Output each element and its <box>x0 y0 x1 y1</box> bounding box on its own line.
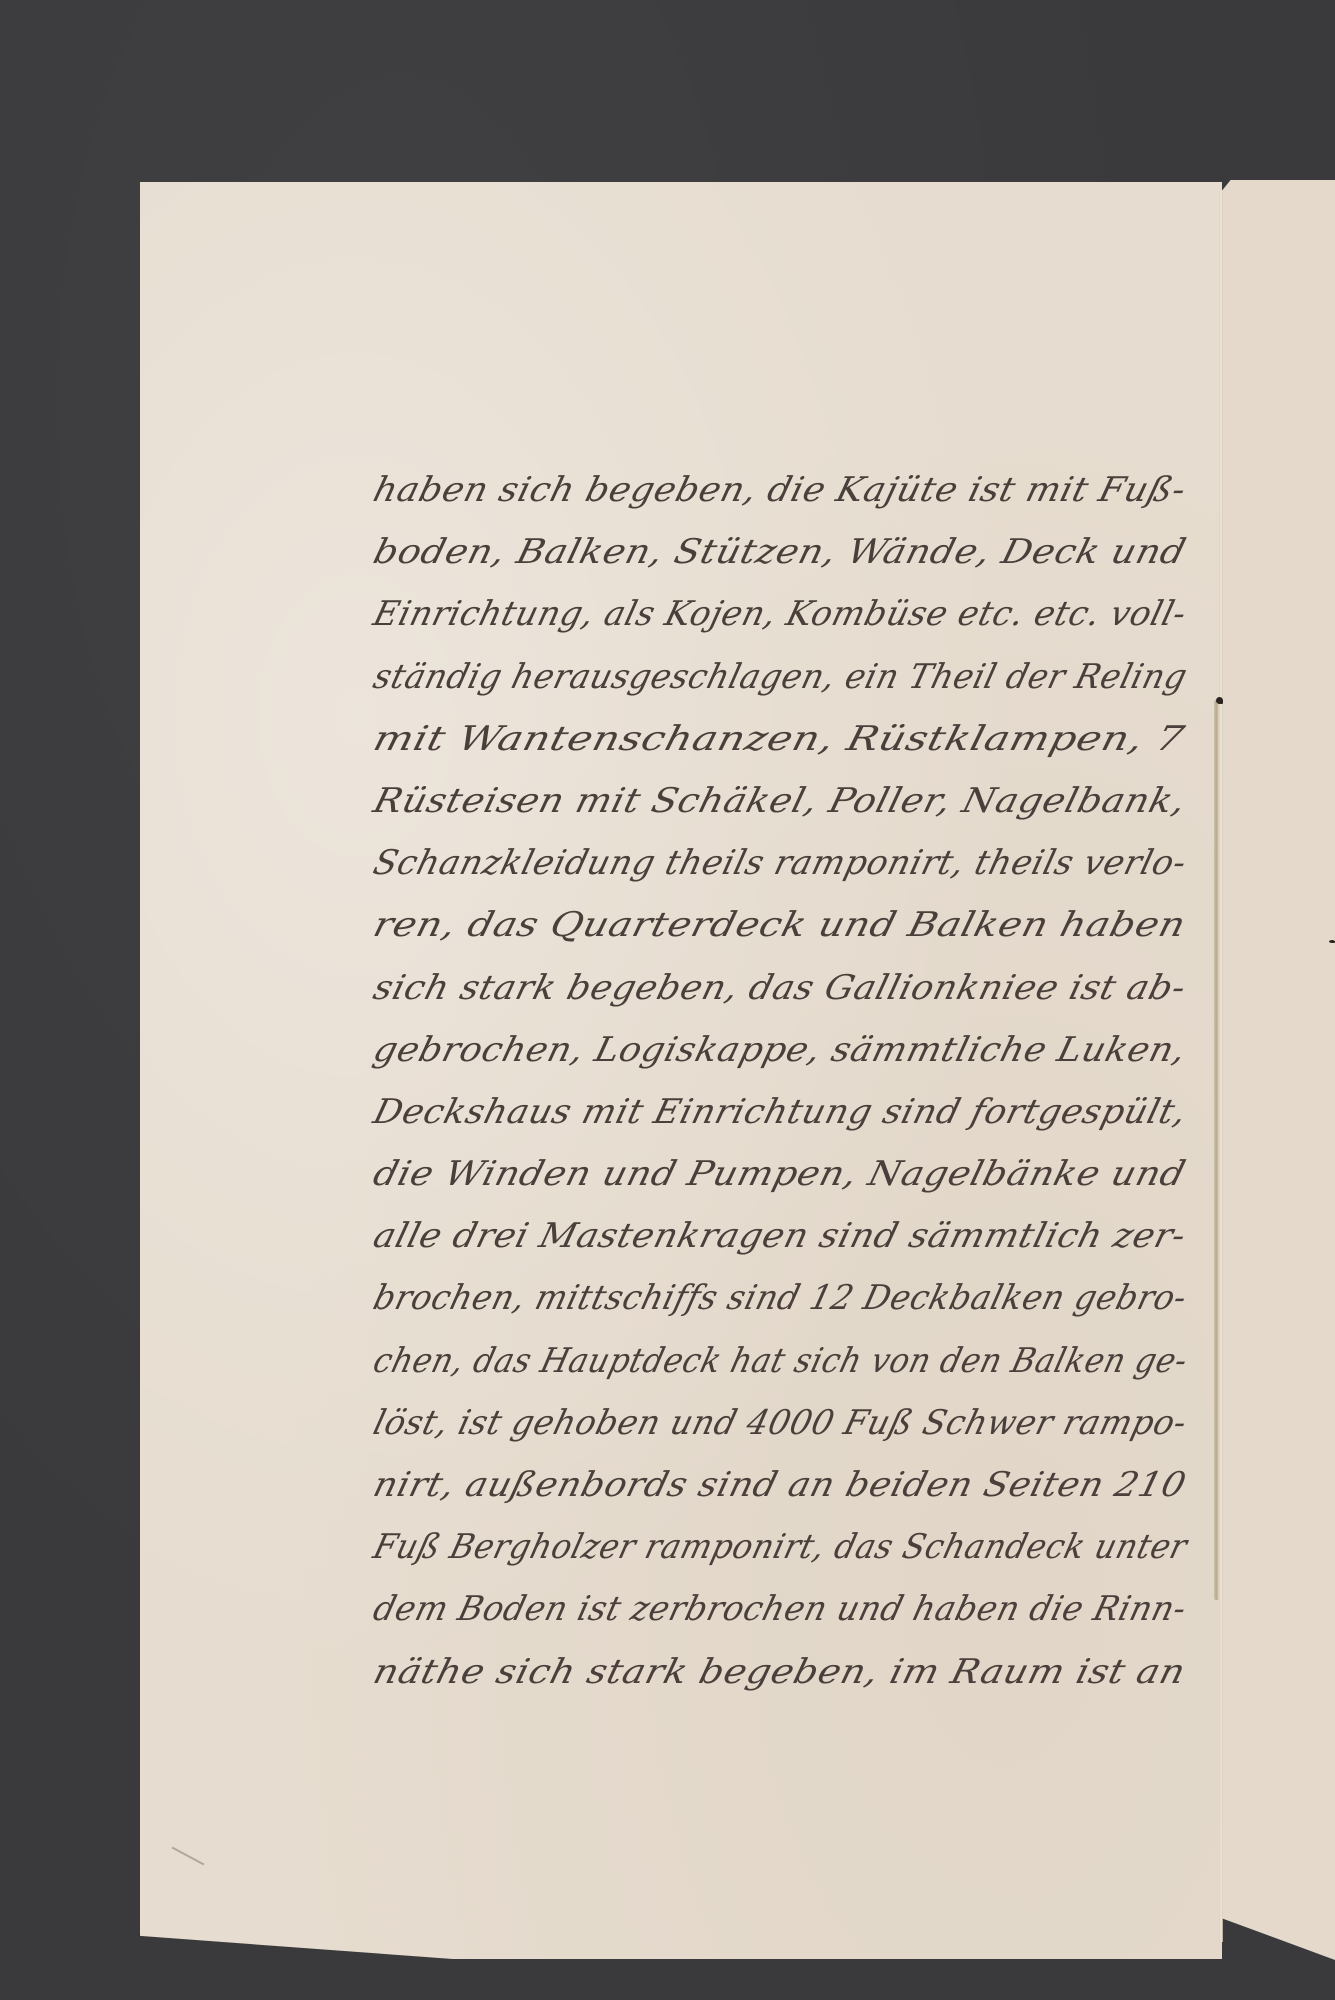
text-line: brochen, mittschiffs sind 12 Deckbalken … <box>370 1253 1236 1315</box>
text-line: Deckshaus mit Einrichtung sind fortgespü… <box>370 1067 1236 1129</box>
text-line: mit Wantenschanzen, Rüstklampen, 7 <box>370 694 1236 756</box>
text-line: chen, das Hauptdeck hat sich von den Bal… <box>370 1316 1236 1378</box>
text-line: ständig herausgeschlagen, ein Theil der … <box>370 632 1236 694</box>
text-line: sich stark begeben, das Gallionkniee ist… <box>370 943 1236 1005</box>
text-line: dem Boden ist zerbrochen und haben die R… <box>370 1564 1236 1626</box>
facing-page <box>1219 180 1335 1960</box>
text-line: die Winden und Pumpen, Nagelbänke und <box>370 1129 1236 1191</box>
handwritten-text-block: haben sich begeben, die Kajüte ist mit F… <box>370 445 1220 1689</box>
text-line: haben sich begeben, die Kajüte ist mit F… <box>370 445 1236 507</box>
edge-mark <box>1329 940 1335 943</box>
text-line: ren, das Quarterdeck und Balken haben <box>370 880 1236 942</box>
text-line: alle drei Mastenkragen sind sämmtlich ze… <box>370 1191 1236 1253</box>
text-line: Schanzkleidung theils ramponirt, theils … <box>370 818 1236 880</box>
text-line: nirt, außenbords sind an beiden Seiten 2… <box>370 1440 1236 1502</box>
text-line: Einrichtung, als Kojen, Kombüse etc. etc… <box>370 569 1236 631</box>
text-line: boden, Balken, Stützen, Wände, Deck und <box>370 507 1236 569</box>
text-line: Rüsteisen mit Schäkel, Poller, Nagelbank… <box>370 756 1236 818</box>
text-line: löst, ist gehoben und 4000 Fuß Schwer ra… <box>370 1378 1236 1440</box>
text-line: näthe sich stark begeben, im Raum ist an <box>370 1627 1236 1689</box>
text-line: gebrochen, Logiskappe, sämmtliche Luken, <box>370 1005 1236 1067</box>
text-line: Fuß Bergholzer ramponirt, das Schandeck … <box>370 1502 1236 1564</box>
